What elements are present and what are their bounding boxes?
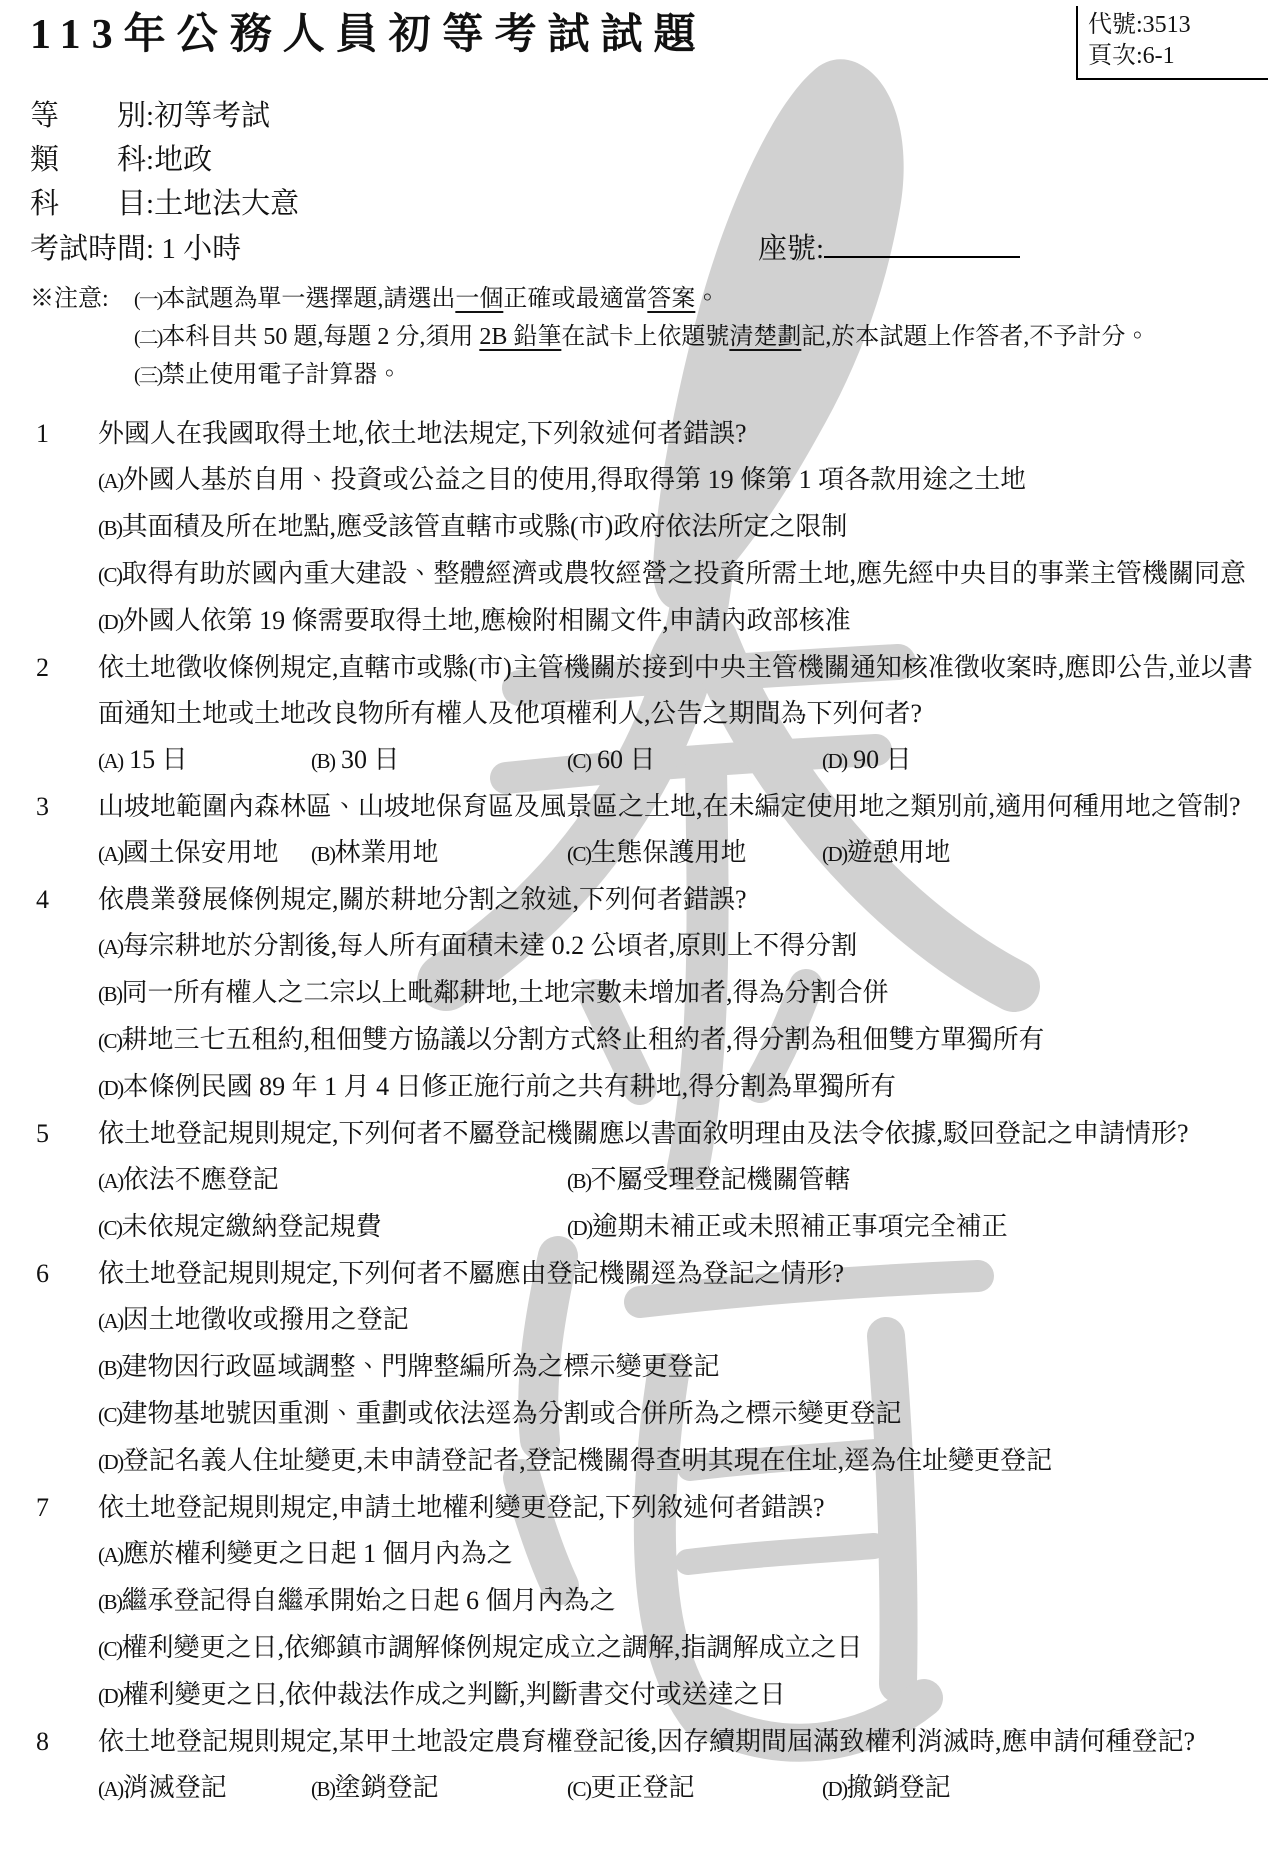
- option-key: (C): [98, 1029, 122, 1053]
- option-C: (C) 60 日: [567, 737, 822, 784]
- option-key: (A): [98, 469, 123, 493]
- question-options: (A)依法不應登記(B)不屬受理登記機關管轄(C)未依規定繳納登記規費(D)逾期…: [98, 1157, 1270, 1251]
- option-text: 外國人基於自用、投資或公益之目的使用,得取得第 19 條第 1 項各款用途之土地: [123, 465, 1027, 494]
- option-C: (C)更正登記: [567, 1765, 822, 1812]
- notice-item-key: (二): [134, 327, 161, 349]
- question-options: (A)因土地徵收或撥用之登記(B)建物因行政區域調整、門牌整編所為之標示變更登記…: [98, 1297, 1270, 1485]
- header: 113年公務人員初等考試試題 代號:3513 頁次:6-1: [30, 6, 1270, 80]
- question-4: 4依農業發展條例規定,關於耕地分割之敘述,下列何者錯誤?(A)每宗耕地於分割後,…: [30, 877, 1270, 1111]
- question-stem: 依土地徵收條例規定,直轄市或縣(市)主管機關於接到中央主管機關通知核准徵收案時,…: [98, 645, 1270, 737]
- meta-grade: 等 別:初等考試: [30, 94, 1270, 138]
- question-stem: 依土地登記規則規定,某甲土地設定農育權登記後,因存續期間屆滿致權利消滅時,應申請…: [98, 1719, 1270, 1765]
- option-text: 未依規定繳納登記規費: [122, 1212, 382, 1241]
- question-stem: 依土地登記規則規定,下列何者不屬登記機關應以書面敘明理由及法令依據,駁回登記之申…: [98, 1111, 1270, 1157]
- question-6: 6依土地登記規則規定,下列何者不屬應由登記機關逕為登記之情形?(A)因土地徵收或…: [30, 1251, 1270, 1485]
- question-stem: 依土地登記規則規定,下列何者不屬應由登記機關逕為登記之情形?: [98, 1251, 1270, 1297]
- option-text: 本條例民國 89 年 1 月 4 日修正施行前之共有耕地,得分割為單獨所有: [123, 1072, 897, 1101]
- question-stem: 外國人在我國取得土地,依土地法規定,下列敘述何者錯誤?: [98, 411, 1270, 457]
- notice-prefix: ※注意:: [30, 281, 134, 395]
- meta-subject: 科 目:土地法大意: [30, 182, 1270, 226]
- option-text: 撤銷登記: [847, 1773, 951, 1802]
- question-body: 外國人在我國取得土地,依土地法規定,下列敘述何者錯誤?(A)外國人基於自用、投資…: [98, 411, 1270, 645]
- option-key: (B): [311, 842, 335, 866]
- option-D: (D)撤銷登記: [822, 1765, 1270, 1812]
- question-5: 5依土地登記規則規定,下列何者不屬登記機關應以書面敘明理由及法令依據,駁回登記之…: [30, 1111, 1270, 1251]
- notice-item-1: (一)本試題為單一選擇題,請選出一個正確或最適當答案。: [134, 281, 1149, 319]
- option-key: (D): [98, 1450, 123, 1474]
- option-key: (C): [567, 749, 591, 773]
- question-options: (A)國土保安用地(B)林業用地(C)生態保護用地(D)遊憩用地: [98, 830, 1270, 877]
- option-text: 90 日: [847, 745, 912, 774]
- option-text: 應於權利變更之日起 1 個月內為之: [123, 1539, 513, 1568]
- question-body: 依土地徵收條例規定,直轄市或縣(市)主管機關於接到中央主管機關通知核准徵收案時,…: [98, 645, 1270, 784]
- option-C: (C)取得有助於國內重大建設、整體經濟或農牧經營之投資所需土地,應先經中央目的事…: [98, 551, 1270, 598]
- option-text: 30 日: [335, 745, 400, 774]
- notice-underlined-text: 答案: [647, 286, 695, 312]
- question-body: 山坡地範圍內森林區、山坡地保育區及風景區之土地,在未編定使用地之類別前,適用何種…: [98, 784, 1270, 877]
- option-text: 繼承登記得自繼承開始之日起 6 個月內為之: [122, 1586, 616, 1615]
- option-C: (C)未依規定繳納登記規費: [98, 1204, 567, 1251]
- option-key: (A): [98, 842, 123, 866]
- notice-item-key: (一): [134, 289, 161, 311]
- option-key: (B): [98, 1356, 122, 1380]
- exam-meta: 等 別:初等考試 類 科:地政 科 目:土地法大意 考試時間: 1 小時 座號:: [30, 94, 1270, 271]
- option-key: (B): [311, 749, 335, 773]
- option-text: 耕地三七五租約,租佃雙方協議以分割方式終止租約者,得分割為租佃雙方單獨所有: [122, 1025, 1045, 1054]
- notice-underlined-text: 一個: [455, 286, 503, 312]
- question-number: 1: [30, 411, 98, 645]
- notice-block: ※注意: (一)本試題為單一選擇題,請選出一個正確或最適當答案。(二)本科目共 …: [30, 281, 1270, 395]
- exam-page: 113年公務人員初等考試試題 代號:3513 頁次:6-1 等 別:初等考試 類…: [0, 0, 1280, 1812]
- option-text: 不屬受理登記機關管轄: [591, 1165, 851, 1194]
- question-number: 4: [30, 877, 98, 1111]
- meta-time-row: 考試時間: 1 小時 座號:: [30, 226, 1270, 271]
- option-B: (B)不屬受理登記機關管轄: [567, 1157, 1270, 1204]
- option-text: 遊憩用地: [847, 838, 951, 867]
- question-body: 依土地登記規則規定,下列何者不屬應由登記機關逕為登記之情形?(A)因土地徵收或撥…: [98, 1251, 1270, 1485]
- option-key: (B): [98, 516, 122, 540]
- option-A: (A)應於權利變更之日起 1 個月內為之: [98, 1531, 1270, 1578]
- option-key: (D): [567, 1216, 592, 1240]
- option-B: (B) 30 日: [311, 737, 567, 784]
- option-D: (D)權利變更之日,依仲裁法作成之判斷,判斷書交付或送達之日: [98, 1672, 1270, 1719]
- option-A: (A)依法不應登記: [98, 1157, 567, 1204]
- option-B: (B)建物因行政區域調整、門牌整編所為之標示變更登記: [98, 1344, 1270, 1391]
- seat-number: 座號:: [758, 226, 1020, 271]
- option-B: (B)同一所有權人之二宗以上毗鄰耕地,土地宗數未增加者,得為分割合併: [98, 970, 1270, 1017]
- notice-text: 正確或最適當: [503, 286, 647, 312]
- option-A: (A)每宗耕地於分割後,每人所有面積未達 0.2 公頃者,原則上不得分割: [98, 923, 1270, 970]
- option-key: (C): [98, 1403, 122, 1427]
- option-text: 其面積及所在地點,應受該管直轄市或縣(市)政府依法所定之限制: [122, 512, 848, 541]
- option-key: (D): [822, 842, 847, 866]
- question-options: (A)外國人基於自用、投資或公益之目的使用,得取得第 19 條第 1 項各款用途…: [98, 457, 1270, 645]
- question-body: 依土地登記規則規定,下列何者不屬登記機關應以書面敘明理由及法令依據,駁回登記之申…: [98, 1111, 1270, 1251]
- option-key: (D): [98, 1076, 123, 1100]
- option-text: 依法不應登記: [123, 1165, 279, 1194]
- notice-text: 禁止使用電子計算器。: [161, 362, 401, 388]
- question-body: 依土地登記規則規定,申請土地權利變更登記,下列敘述何者錯誤?(A)應於權利變更之…: [98, 1485, 1270, 1719]
- option-text: 同一所有權人之二宗以上毗鄰耕地,土地宗數未增加者,得為分割合併: [122, 978, 889, 1007]
- option-C: (C)權利變更之日,依鄉鎮市調解條例規定成立之調解,指調解成立之日: [98, 1625, 1270, 1672]
- question-8: 8依土地登記規則規定,某甲土地設定農育權登記後,因存續期間屆滿致權利消滅時,應申…: [30, 1719, 1270, 1812]
- question-number: 2: [30, 645, 98, 784]
- question-stem: 依農業發展條例規定,關於耕地分割之敘述,下列何者錯誤?: [98, 877, 1270, 923]
- notice-text: 記,於本試題上作答者,不予計分。: [801, 324, 1149, 350]
- page-number: 頁次:6-1: [1088, 41, 1264, 72]
- question-options: (A)應於權利變更之日起 1 個月內為之(B)繼承登記得自繼承開始之日起 6 個…: [98, 1531, 1270, 1719]
- question-number: 8: [30, 1719, 98, 1812]
- question-number: 5: [30, 1111, 98, 1251]
- question-stem: 依土地登記規則規定,申請土地權利變更登記,下列敘述何者錯誤?: [98, 1485, 1270, 1531]
- question-list: 1外國人在我國取得土地,依土地法規定,下列敘述何者錯誤?(A)外國人基於自用、投…: [30, 411, 1270, 1812]
- option-text: 15 日: [123, 745, 188, 774]
- option-key: (D): [98, 610, 123, 634]
- option-D: (D)逾期未補正或未照補正事項完全補正: [567, 1204, 1270, 1251]
- option-key: (D): [98, 1684, 123, 1708]
- option-key: (B): [567, 1169, 591, 1193]
- option-text: 逾期未補正或未照補正事項完全補正: [592, 1212, 1008, 1241]
- option-text: 60 日: [591, 745, 656, 774]
- option-text: 更正登記: [591, 1773, 695, 1802]
- question-options: (A)每宗耕地於分割後,每人所有面積未達 0.2 公頃者,原則上不得分割(B)同…: [98, 923, 1270, 1111]
- seat-blank-line: [824, 226, 1020, 258]
- option-D: (D)登記名義人住址變更,未申請登記者,登記機關得查明其現在住址,逕為住址變更登…: [98, 1438, 1270, 1485]
- notice-underlined-text: 清楚劃: [729, 324, 801, 350]
- notice-item-3: (三)禁止使用電子計算器。: [134, 357, 1149, 395]
- option-key: (C): [98, 1216, 122, 1240]
- option-key: (A): [98, 1169, 123, 1193]
- notice-items: (一)本試題為單一選擇題,請選出一個正確或最適當答案。(二)本科目共 50 題,…: [134, 281, 1149, 395]
- notice-text: 。: [695, 286, 719, 312]
- question-number: 3: [30, 784, 98, 877]
- notice-text: 在試卡上依題號: [561, 324, 729, 350]
- option-C: (C)耕地三七五租約,租佃雙方協議以分割方式終止租約者,得分割為租佃雙方單獨所有: [98, 1017, 1270, 1064]
- option-key: (D): [822, 749, 847, 773]
- option-D: (D)外國人依第 19 條需要取得土地,應檢附相關文件,申請內政部核准: [98, 598, 1270, 645]
- question-body: 依農業發展條例規定,關於耕地分割之敘述,下列何者錯誤?(A)每宗耕地於分割後,每…: [98, 877, 1270, 1111]
- option-key: (A): [98, 749, 123, 773]
- option-B: (B)林業用地: [311, 830, 567, 877]
- option-text: 建物因行政區域調整、門牌整編所為之標示變更登記: [122, 1352, 720, 1381]
- option-text: 塗銷登記: [335, 1773, 439, 1802]
- option-key: (A): [98, 935, 123, 959]
- notice-item-2: (二)本科目共 50 題,每題 2 分,須用 2B 鉛筆在試卡上依題號清楚劃記,…: [134, 319, 1149, 357]
- option-text: 每宗耕地於分割後,每人所有面積未達 0.2 公頃者,原則上不得分割: [123, 931, 858, 960]
- question-body: 依土地登記規則規定,某甲土地設定農育權登記後,因存續期間屆滿致權利消滅時,應申請…: [98, 1719, 1270, 1812]
- seat-label: 座號:: [758, 233, 824, 265]
- option-key: (C): [98, 563, 122, 587]
- option-B: (B)塗銷登記: [311, 1765, 567, 1812]
- option-text: 林業用地: [335, 838, 439, 867]
- notice-text: 本試題為單一選擇題,請選出: [161, 286, 455, 312]
- notice-item-key: (三): [134, 365, 161, 387]
- question-stem: 山坡地範圍內森林區、山坡地保育區及風景區之土地,在未編定使用地之類別前,適用何種…: [98, 784, 1270, 830]
- question-number: 7: [30, 1485, 98, 1719]
- option-text: 權利變更之日,依仲裁法作成之判斷,判斷書交付或送達之日: [123, 1680, 786, 1709]
- option-text: 因土地徵收或撥用之登記: [123, 1305, 409, 1334]
- option-key: (B): [98, 1590, 122, 1614]
- option-text: 取得有助於國內重大建設、整體經濟或農牧經營之投資所需土地,應先經中央目的事業主管…: [122, 559, 1247, 588]
- code-box: 代號:3513 頁次:6-1: [1076, 6, 1268, 80]
- question-1: 1外國人在我國取得土地,依土地法規定,下列敘述何者錯誤?(A)外國人基於自用、投…: [30, 411, 1270, 645]
- option-key: (A): [98, 1777, 123, 1801]
- question-number: 6: [30, 1251, 98, 1485]
- option-key: (C): [567, 1777, 591, 1801]
- question-2: 2依土地徵收條例規定,直轄市或縣(市)主管機關於接到中央主管機關通知核准徵收案時…: [30, 645, 1270, 784]
- option-key: (C): [567, 842, 591, 866]
- option-D: (D)本條例民國 89 年 1 月 4 日修正施行前之共有耕地,得分割為單獨所有: [98, 1064, 1270, 1111]
- notice-underlined-text: 2B 鉛筆: [479, 324, 561, 350]
- option-C: (C)建物基地號因重測、重劃或依法逕為分割或合併所為之標示變更登記: [98, 1391, 1270, 1438]
- option-D: (D) 90 日: [822, 737, 1270, 784]
- option-text: 建物基地號因重測、重劃或依法逕為分割或合併所為之標示變更登記: [122, 1399, 902, 1428]
- option-A: (A) 15 日: [98, 737, 311, 784]
- option-A: (A)國土保安用地: [98, 830, 311, 877]
- option-text: 權利變更之日,依鄉鎮市調解條例規定成立之調解,指調解成立之日: [122, 1633, 863, 1662]
- option-key: (D): [822, 1777, 847, 1801]
- option-C: (C)生態保護用地: [567, 830, 822, 877]
- meta-exam-time: 考試時間: 1 小時: [30, 227, 241, 271]
- option-D: (D)遊憩用地: [822, 830, 1270, 877]
- question-options: (A) 15 日(B) 30 日(C) 60 日(D) 90 日: [98, 737, 1270, 784]
- option-key: (A): [98, 1309, 123, 1333]
- option-key: (B): [311, 1777, 335, 1801]
- question-options: (A)消滅登記(B)塗銷登記(C)更正登記(D)撤銷登記: [98, 1765, 1270, 1812]
- option-A: (A)消滅登記: [98, 1765, 311, 1812]
- option-text: 登記名義人住址變更,未申請登記者,登記機關得查明其現在住址,逕為住址變更登記: [123, 1446, 1053, 1475]
- option-text: 生態保護用地: [591, 838, 747, 867]
- question-3: 3山坡地範圍內森林區、山坡地保育區及風景區之土地,在未編定使用地之類別前,適用何…: [30, 784, 1270, 877]
- option-text: 消滅登記: [123, 1773, 227, 1802]
- question-7: 7依土地登記規則規定,申請土地權利變更登記,下列敘述何者錯誤?(A)應於權利變更…: [30, 1485, 1270, 1719]
- option-key: (C): [98, 1637, 122, 1661]
- option-A: (A)外國人基於自用、投資或公益之目的使用,得取得第 19 條第 1 項各款用途…: [98, 457, 1270, 504]
- notice-text: 本科目共 50 題,每題 2 分,須用: [161, 324, 479, 350]
- meta-category: 類 科:地政: [30, 138, 1270, 182]
- option-text: 外國人依第 19 條需要取得土地,應檢附相關文件,申請內政部核准: [123, 606, 851, 635]
- option-key: (A): [98, 1543, 123, 1567]
- option-A: (A)因土地徵收或撥用之登記: [98, 1297, 1270, 1344]
- option-B: (B)繼承登記得自繼承開始之日起 6 個月內為之: [98, 1578, 1270, 1625]
- page-title: 113年公務人員初等考試試題: [30, 6, 707, 64]
- option-text: 國土保安用地: [123, 838, 279, 867]
- exam-code: 代號:3513: [1088, 10, 1264, 41]
- option-B: (B)其面積及所在地點,應受該管直轄市或縣(市)政府依法所定之限制: [98, 504, 1270, 551]
- option-key: (B): [98, 982, 122, 1006]
